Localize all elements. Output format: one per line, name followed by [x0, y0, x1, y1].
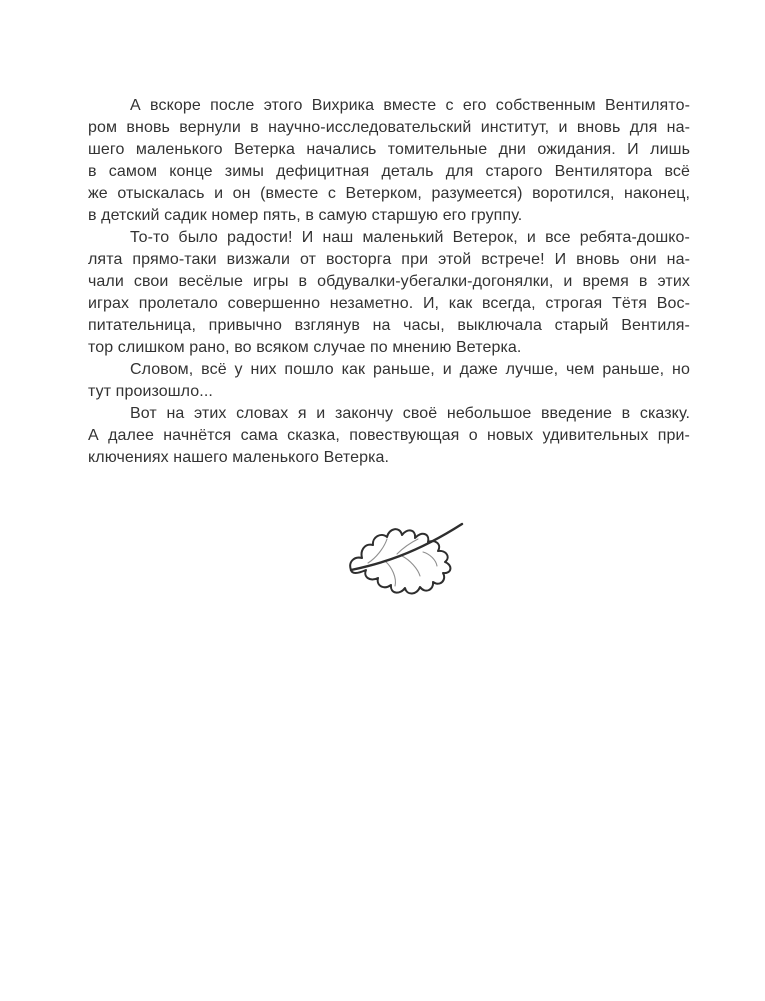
text-line: играх пролетало совершенно незаметно. И,…: [88, 293, 690, 315]
text-line: питательница, привычно взглянув на часы,…: [88, 315, 690, 337]
text-line: То-то было радости! И наш маленький Вете…: [88, 227, 690, 249]
text-line: Вот на этих словах я и закончу своё небо…: [88, 403, 690, 425]
paragraph: Словом, всё у них пошло как раньше, и да…: [88, 359, 690, 403]
paragraph: То-то было радости! И наш маленький Вете…: [88, 227, 690, 359]
text-line: тут произошло...: [88, 381, 690, 403]
paragraph: Вот на этих словах я и закончу своё небо…: [88, 403, 690, 469]
text-line: в самом конце зимы дефицитная деталь для…: [88, 161, 690, 183]
text-line: А далее начнётся сама сказка, повествующ…: [88, 425, 690, 447]
text-line: в детский садик номер пять, в самую стар…: [88, 205, 690, 227]
text-line: А вскоре после этого Вихрика вместе с ег…: [88, 95, 690, 117]
oak-leaf-icon: [340, 512, 465, 597]
text-line: ключениях нашего маленького Ветерка.: [88, 447, 690, 469]
text-line: ром вновь вернули в научно-исследователь…: [88, 117, 690, 139]
text-line: чали свои весёлые игры в обдувалки-убега…: [88, 271, 690, 293]
book-page: А вскоре после этого Вихрика вместе с ег…: [0, 0, 765, 1001]
text-line: шего маленького Ветерка начались томител…: [88, 139, 690, 161]
paragraph: А вскоре после этого Вихрика вместе с ег…: [88, 95, 690, 227]
text-line: лята прямо-таки визжали от восторга при …: [88, 249, 690, 271]
text-line: же отыскалась и он (вместе с Ветерком, р…: [88, 183, 690, 205]
text-line: Словом, всё у них пошло как раньше, и да…: [88, 359, 690, 381]
story-text: А вскоре после этого Вихрика вместе с ег…: [88, 95, 690, 469]
text-line: тор слишком рано, во всяком случае по мн…: [88, 337, 690, 359]
oak-leaf-illustration: [340, 512, 465, 597]
